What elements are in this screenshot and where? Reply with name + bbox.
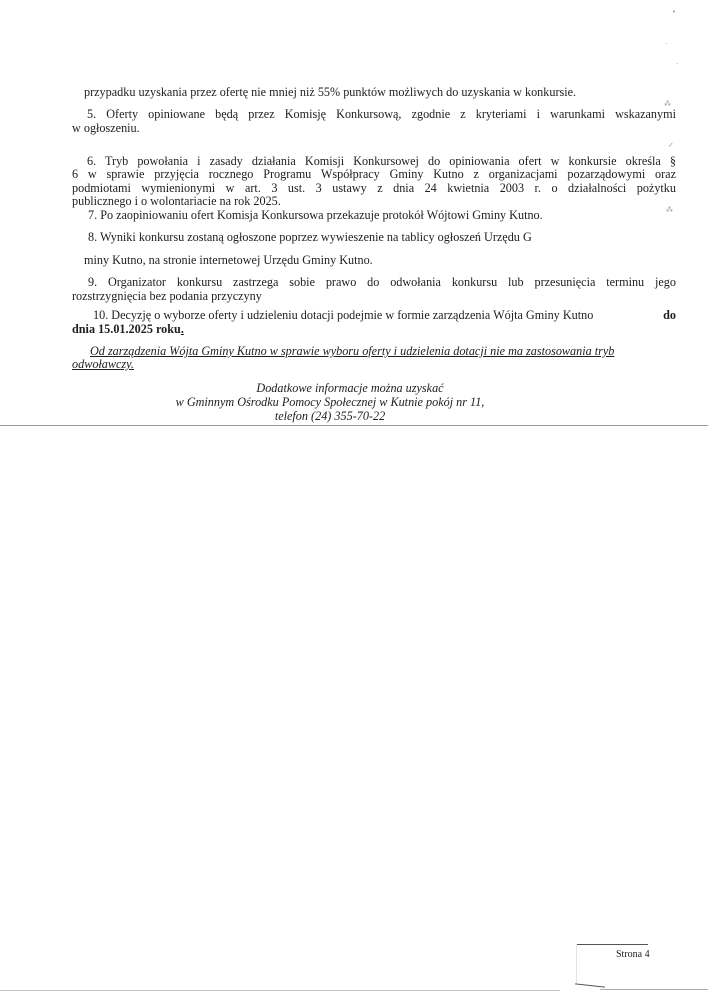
scan-edge-bottom-right [600,989,708,990]
deadline-date: dnia 15.01.2025 roku [72,322,181,336]
paragraph-6-line-1: 6. Tryb powołania i zasady działania Kom… [87,154,676,168]
paragraph-5-line-2: w ogłoszeniu. [72,121,140,135]
paragraph-8-line-2: miny Kutno, na stronie internetowej Urzę… [84,253,373,267]
scan-edge-bottom [0,990,560,991]
paragraph-8-line-1: 8. Wyniki konkursu zostaną ogłoszone pop… [88,230,532,244]
contact-line-3: telefon (24) 355-70-22 [160,409,500,423]
paragraph-6-line-3: podmiotami wymienionymi w art. 3 ust. 3 … [72,181,676,195]
paragraph-9-line-1: 9. Organizator konkursu zastrzega sobie … [88,275,676,289]
paragraph-10-line-1: 10. Decyzję o wyborze oferty i udzieleni… [93,308,676,322]
paragraph-9-line-2: rozstrzygnięcia bez podania przyczyny [72,289,262,303]
paragraph-6-line-2: 6 w sprawie przyjęcia rocznego Programu … [72,167,676,181]
paragraph-10-line-2: dnia 15.01.2025 roku. [72,322,184,336]
scan-mark [575,983,605,987]
paragraph-7: 7. Po zaopiniowaniu ofert Komisja Konkur… [88,208,543,222]
paragraph-10-text: 10. Decyzję o wyborze oferty i udzieleni… [93,308,593,322]
paragraph-5-line-1: 5. Oferty opiniowane będą przez Komisję … [87,107,676,121]
paragraph-4-tail: przypadku uzyskania przez ofertę nie mni… [84,85,576,99]
appeal-note-line-1: Od zarządzenia Wójta Gminy Kutno w spraw… [90,344,614,358]
document-page: przypadku uzyskania przez ofertę nie mni… [0,0,708,1000]
contact-line-2: w Gminnym Ośrodku Pomocy Społecznej w Ku… [120,395,540,409]
footer-box-edge [576,944,577,984]
footer-rule [576,944,648,945]
scan-speck: · [665,40,667,48]
paragraph-10-bold-do: do [663,308,676,322]
page-number: Strona 4 [616,948,650,962]
scan-speck: ⁂ [664,100,671,108]
scan-speck: • [672,8,676,16]
appeal-note-line-2: odwoławczy. [72,357,134,371]
scan-speck: ⁂ [666,206,673,214]
section-divider [0,425,708,426]
contact-line-1: Dodatkowe informacje można uzyskać [150,381,550,395]
scan-speck: ✓ [668,141,674,149]
scan-speck: · [676,60,678,68]
paragraph-6-line-4: publicznego i o wolontariacie na rok 202… [72,194,281,208]
